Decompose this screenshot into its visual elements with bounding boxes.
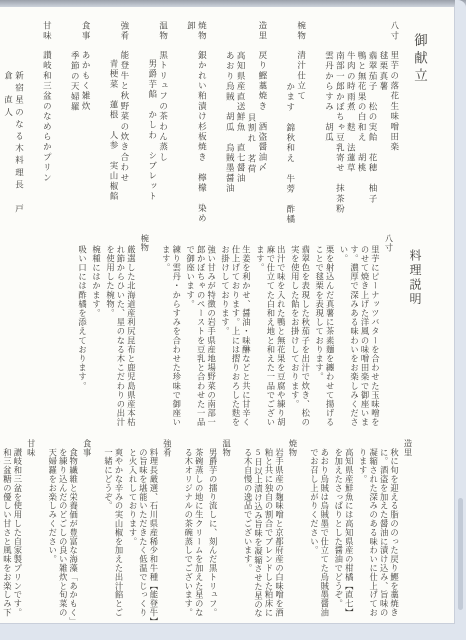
- menu-item: 貝割れ 茗荷: [246, 21, 257, 227]
- explanation-label-atsumono: 温物: [220, 439, 230, 627]
- explanation-paragraph: 爽やかな辛みの実山椒を加えた出汁餡とご一緒にどうぞ。: [102, 439, 123, 624]
- menu-item: 翡翠茄子 松の実飴 花穂 柚子: [367, 21, 378, 227]
- explanation-section-yakimono: 焼物 岩手県産の麹味噌と京都府産の白味噌を酒粕と共に独自の割合でブレンドした粕床…: [242, 439, 297, 627]
- explanation-label-shokuji: 食事: [81, 439, 91, 627]
- menu-line: 強肴能登牛と秋野菜の炊き合わせ: [119, 21, 130, 227]
- course-label-kanmi: 甘味: [42, 21, 52, 41]
- menu-document-page: 御献立 八寸里芋の落花生味噌田楽 毬栗真薯 翡翠茄子 松の実飴 花穂 柚子 鴨と…: [0, 7, 455, 624]
- menu-item: 戻り鰹藁焼き 酒盗醤油〆: [258, 50, 268, 172]
- menu-line: 焼物銀かれい粕漬け杉板焼き 檸檬 染め卸: [186, 21, 208, 227]
- menu-section-atsumono: 温物黒トリュフの茶わん蒸し 男爵芋餡 かしわ シブレット: [147, 21, 169, 227]
- window-top-edge: [0, 0, 466, 7]
- menu-item: 毬栗真薯: [378, 21, 389, 227]
- right-scrollbar-gutter: [455, 0, 466, 640]
- scrollbar-thumb[interactable]: [458, 498, 463, 610]
- explanation-paragraph: 出汁で味を入れた鴨と無花果を豆腐や練り胡麻で仕立てた白和え地と和えた一品でござい…: [254, 234, 285, 435]
- explanation-paragraph: 厳選した北海道産利尻昆布と鹿児島県産本枯れ節からひいた、星のなる木こだわりの出汁…: [104, 234, 135, 435]
- bottom-gutter: [0, 624, 466, 640]
- explanation-label-wanmono: 椀物: [138, 234, 148, 444]
- explanation-paragraph: 高知県産鮮魚には高知県産の柑橘【直七】を加えたさっぱりとした醤油でどうぞ。: [332, 439, 353, 624]
- explanation-paragraph: 椀種にはかます。: [90, 234, 100, 435]
- menu-section-hassun: 八寸里芋の落花生味噌田楽 毬栗真薯 翡翠茄子 松の実飴 花穂 柚子 鴨と無花果の…: [324, 21, 400, 227]
- menu-line: 椀物清汁仕立て: [296, 21, 307, 227]
- explanation-paragraph: 翡翠色を表現した秋茄子を出汁で炊き、松の実を使用した飴をお掛けしております。: [289, 234, 310, 435]
- menu-line: 温物黒トリュフの茶わん蒸し: [158, 21, 169, 227]
- menu-title: 御献立: [411, 21, 428, 227]
- menu-item: 里芋の落花生味噌田楽: [390, 50, 400, 152]
- explanation-section-shiizakana: 強肴 料理長厳選、石川県産稀少和牛種【能登牛】の旨味を堪能いただきたく低温でじっ…: [102, 439, 171, 627]
- menu-line: 食事あかもく雑炊: [80, 21, 91, 227]
- menu-item: 南部一郎かぼちゃ豆乳寄せ 抹茶粉: [334, 21, 345, 227]
- menu-item: 讃岐和三盆のなめらかプリン: [42, 50, 52, 183]
- menu-section-shiizakana: 強肴能登牛と秋野菜の炊き合わせ 青梗菜 蓮根 人参 実山椒餡: [108, 21, 130, 227]
- explanation-paragraph: 秋に旬を迎える脂ののった戻り鰹を藁焼きに。酒盗を加えた醤油に漬け込み、旨味の凝縮…: [357, 439, 399, 624]
- course-label-shokuji: 食事: [81, 21, 91, 41]
- course-label-tsukuri: 造里: [258, 21, 268, 41]
- menu-item: 黒トリュフの茶わん蒸し: [159, 50, 169, 162]
- explanation-title: 料理説明: [407, 234, 422, 444]
- menu-line: 造里戻り鰹藁焼き 酒盗醤油〆: [257, 21, 268, 227]
- course-label-atsumono: 温物: [159, 21, 169, 41]
- explanation-block-upper: 料理説明 八寸 里芋にピーナッツバターを合わせた玉味噌をのせて焼き上げた洋風の味…: [65, 234, 422, 444]
- explanation-block-lower: 造里 秋に旬を迎える脂ののった戻り鰹を藁焼きに。酒盗を加えた醤油に漬け込み、旨味…: [0, 439, 412, 627]
- menu-item: 牛肉の時雨煮 麩 法蓮草: [345, 21, 356, 227]
- menu-item: 鴨と無花果の白和え 胡桃: [356, 21, 367, 227]
- explanation-paragraph: 料理長厳選、石川県産稀少和牛種【能登牛】の旨味を堪能いただきたく低温でじっくりと…: [127, 439, 158, 624]
- explanation-paragraph: 栗を射込んだ真薯に茶素麺を纏わせて揚げることで毬栗を表現しております。: [313, 234, 334, 435]
- explanation-paragraph: 練り雲丹・からすみを合わせた珍味で御座います。: [160, 234, 181, 435]
- explanation-section-tsukuri: 造里 秋に旬を迎える脂ののった戻り鰹を藁焼きに。酒盗を加えた醤油に漬け込み、旨味…: [308, 439, 412, 627]
- explanation-section-hassun: 八寸 里芋にピーナッツバターを合わせた玉味噌をのせて焼き上げた洋風の味噌田楽で御…: [160, 234, 393, 444]
- menu-item: 雲丹からすみ 胡瓜: [324, 21, 335, 227]
- explanation-label-yakimono: 焼物: [286, 439, 296, 627]
- explanation-section-atsumono: 温物 男爵芋の擂り流しに、刻んだ黒トリュフ。 茶碗蒸しの地に生クリームを加えた星…: [182, 439, 230, 627]
- explanation-paragraph: 里芋にピーナッツバターを合わせた玉味噌をのせて焼き上げた洋風の味噌田楽で御座いま…: [338, 234, 380, 435]
- course-label-shiizakana: 強肴: [120, 21, 130, 41]
- course-label-yakimono: 焼物: [197, 21, 207, 41]
- menu-item: あおり烏賊 胡瓜 烏賊墨醤油: [224, 21, 235, 227]
- menu-item: 清汁仕立て: [297, 50, 307, 101]
- explanation-paragraph: 食物繊維と栄養価が豊富な海藻「あかもく」を練り込んだのどごしの良い雑炊と旬菜の天…: [46, 439, 77, 624]
- course-label-hassun: 八寸: [390, 21, 400, 41]
- explanation-paragraph: 強い甘みが特徴の岩手県産地場野菜の南部一郎かぼちゃのペーストを豆乳と合わせた一品…: [184, 234, 215, 435]
- explanation-paragraph: 生姜を利かせ、醤油・味醂などと共に甘辛く仕上げております。上には摺りおろした麩を…: [219, 234, 250, 435]
- menu-section-shokuji: 食事あかもく雑炊 季節の天婦羅: [69, 21, 91, 227]
- explanation-label-shiizakana: 強肴: [161, 439, 171, 627]
- explanation-paragraph: 讃岐和三盆を使用した自家製プリンです。和三盆糖の優しい甘さと風味をお楽しみ下さい: [0, 439, 22, 624]
- explanation-paragraph: あおり烏賊は烏賊墨で仕立てた烏賊墨醤油でお召し上がりください。: [308, 439, 329, 624]
- menu-item: 高知県産直送鮮魚 直七醤油: [235, 21, 246, 227]
- menu-section-wanmono: 椀物清汁仕立て かます 錦秋和え 牛蒡 酢橘: [285, 21, 307, 227]
- menu-block: 御献立 八寸里芋の落花生味噌田楽 毬栗真薯 翡翠茄子 松の実飴 花穂 柚子 鴨と…: [3, 21, 428, 227]
- explanation-section-kanmi: 甘味 讃岐和三盆を使用した自家製プリンです。和三盆糖の優しい甘さと風味をお楽しみ…: [0, 439, 35, 627]
- menu-line: 甘味讃岐和三盆のなめらかプリン: [41, 21, 52, 227]
- menu-item: 銀かれい粕漬け杉板焼き 檸檬 染め卸: [186, 21, 207, 224]
- menu-item: あかもく雑炊: [81, 50, 91, 111]
- explanation-paragraph: 茶碗蒸しの地に生クリームを加えた星のなる木オリジナルの茶碗蒸しでございます。: [182, 439, 203, 624]
- explanation-paragraph: 吸い口には酢橘を添えております。: [76, 234, 86, 435]
- menu-item: かます 錦秋和え 牛蒡 酢橘: [285, 21, 296, 227]
- explanation-paragraph: 男爵芋の擂り流しに、刻んだ黒トリュフ。: [207, 439, 217, 624]
- menu-line: 八寸里芋の落花生味噌田楽: [389, 21, 400, 227]
- menu-section-tsukuri: 造里戻り鰹藁焼き 酒盗醤油〆 貝割れ 茗荷 高知県産直送鮮魚 直七醤油 あおり烏…: [224, 21, 268, 227]
- menu-section-yakimono: 焼物銀かれい粕漬け杉板焼き 檸檬 染め卸: [186, 21, 208, 227]
- explanation-section-wanmono: 椀物 厳選した北海道産利尻昆布と鹿児島県産本枯れ節からひいた、星のなる木こだわり…: [76, 234, 149, 444]
- menu-item: 青梗菜 蓮根 人参 実山椒餡: [108, 21, 119, 227]
- menu-item: 季節の天婦羅: [69, 21, 80, 227]
- menu-section-kanmi: 甘味讃岐和三盆のなめらかプリン: [41, 21, 52, 227]
- menu-item: 男爵芋餡 かしわ シブレット: [147, 21, 158, 227]
- explanation-paragraph: 岩手県産の麹味噌と京都府産の白味噌を酒粕と共に独自の割合でブレンドした粕床に5日…: [242, 439, 284, 624]
- course-label-wanmono: 椀物: [297, 21, 307, 41]
- explanation-label-tsukuri: 造里: [402, 439, 412, 627]
- explanation-label-hassun: 八寸: [382, 234, 392, 444]
- explanation-section-shokuji: 食事 食物繊維と栄養価が豊富な海藻「あかもく」を練り込んだのどごしの良い雑炊と旬…: [46, 439, 91, 627]
- explanation-label-kanmi: 甘味: [25, 439, 35, 627]
- chef-signature: 新宿星のなる木料理長 戸倉 直人: [3, 21, 25, 227]
- menu-item: 能登牛と秋野菜の炊き合わせ: [120, 50, 130, 183]
